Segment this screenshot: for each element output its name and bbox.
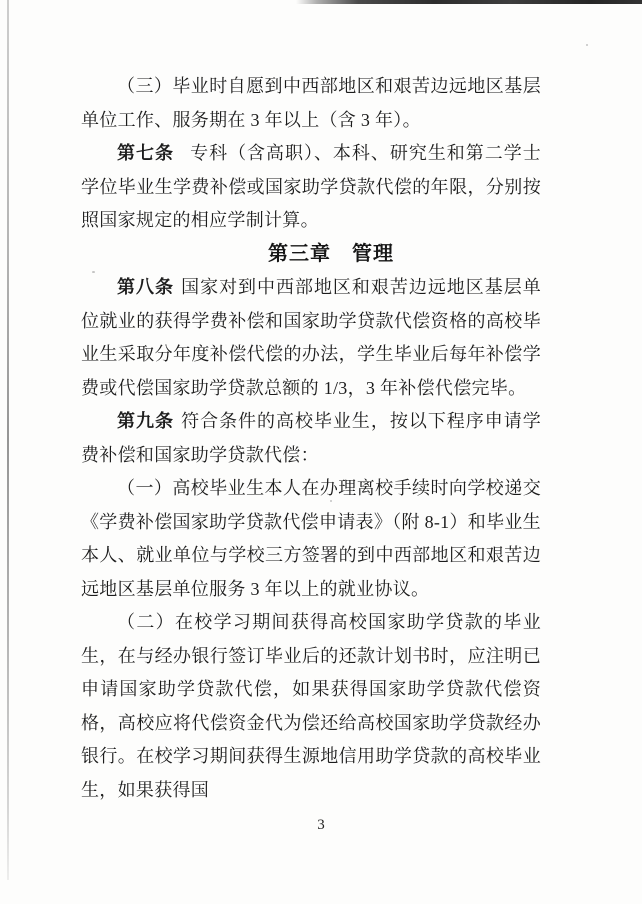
document-page: （三）毕业时自愿到中西部地区和艰苦边远地区基层单位工作、服务期在 3 年以上（含… — [0, 0, 642, 904]
scan-artifact-top-line — [296, 0, 642, 4]
paragraph-item-3: （三）毕业时自愿到中西部地区和艰苦边远地区基层单位工作、服务期在 3 年以上（含… — [81, 70, 541, 137]
paragraph-text: （一）高校毕业生本人在办理离校手续时向学校递交《学费补偿国家助学贷款代偿申请表》… — [81, 478, 541, 599]
paragraph-text: （三）毕业时自愿到中西部地区和艰苦边远地区基层单位工作、服务期在 3 年以上（含… — [81, 76, 541, 130]
scan-speck — [586, 44, 588, 46]
page-number: 3 — [0, 817, 642, 834]
document-body: （三）毕业时自愿到中西部地区和艰苦边远地区基层单位工作、服务期在 3 年以上（含… — [81, 70, 541, 807]
paragraph-article-7: 第七条专科（含高职）、本科、研究生和第二学士学位毕业生学费补偿或国家助学贷款代偿… — [81, 137, 541, 238]
paragraph-article-8: 第八条国家对到中西部地区和艰苦边远地区基层单位就业的获得学费补偿和国家助学贷款代… — [81, 271, 541, 405]
chapter-heading: 第三章 管理 — [81, 238, 541, 272]
paragraph-text: （二）在校学习期间获得高校国家助学贷款的毕业生，在与经办银行签订毕业后的还款计划… — [81, 612, 541, 800]
paragraph-article-9: 第九条符合条件的高校毕业生，按以下程序申请学费补偿和国家助学贷款代偿： — [81, 405, 541, 472]
paragraph-item-1: （一）高校毕业生本人在办理离校手续时向学校递交《学费补偿国家助学贷款代偿申请表》… — [81, 472, 541, 606]
article-number: 第八条 — [117, 277, 174, 297]
article-number: 第七条 — [117, 143, 174, 163]
paragraph-item-2: （二）在校学习期间获得高校国家助学贷款的毕业生，在与经办银行签订毕业后的还款计划… — [81, 606, 541, 807]
article-number: 第九条 — [117, 411, 174, 431]
scan-artifact-left-line — [7, 0, 9, 880]
